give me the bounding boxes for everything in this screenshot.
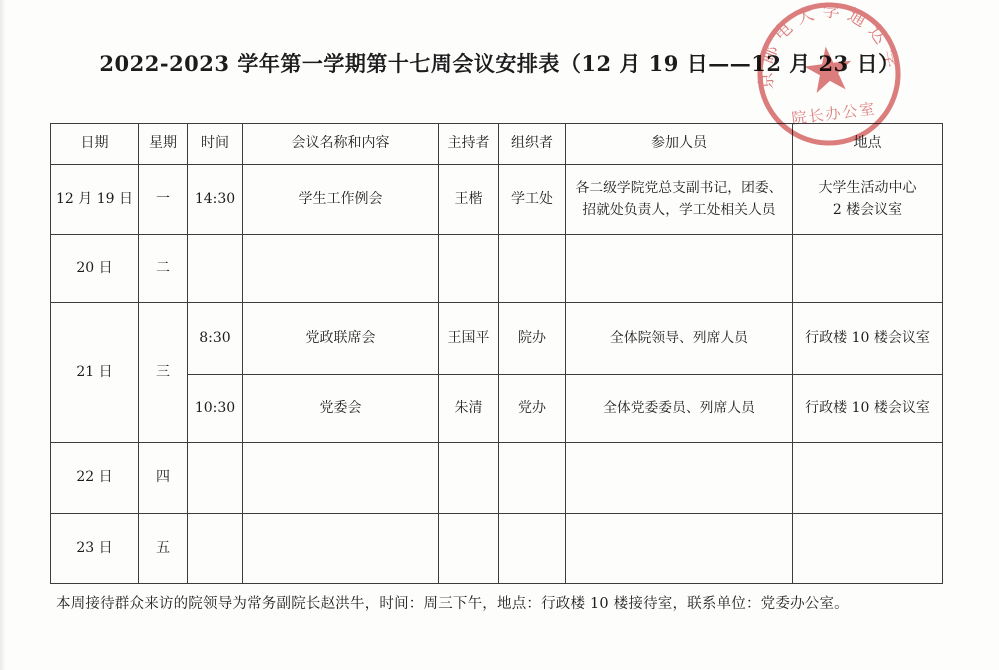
cell-location: 行政楼 10 楼会议室 (793, 375, 943, 443)
footer-note: 本周接待群众来访的院领导为常务副院长赵洪牛，时间：周三下午，地点：行政楼 10 … (56, 592, 976, 613)
cell-organizer: 学工处 (499, 165, 566, 235)
cell-time (188, 235, 243, 303)
cell-weekday: 五 (139, 514, 188, 584)
cell-meeting (243, 514, 439, 584)
scanned-document-page: { "page": { "title": "2022-2023 学年第一学期第十… (0, 0, 999, 670)
cell-host (439, 443, 499, 514)
col-header-participants: 参加人员 (566, 124, 793, 165)
cell-weekday: 三 (139, 303, 188, 443)
cell-weekday: 二 (139, 235, 188, 303)
cell-time: 8:30 (188, 303, 243, 375)
cell-weekday: 一 (139, 165, 188, 235)
cell-host (439, 235, 499, 303)
cell-date: 20 日 (51, 235, 139, 303)
cell-participants (566, 235, 793, 303)
cell-host: 王国平 (439, 303, 499, 375)
cell-weekday: 四 (139, 443, 188, 514)
col-header-host: 主持者 (439, 124, 499, 165)
scan-edge-shadow (0, 0, 6, 670)
cell-organizer: 党办 (499, 375, 566, 443)
cell-organizer (499, 235, 566, 303)
cell-participants (566, 514, 793, 584)
cell-host: 王楷 (439, 165, 499, 235)
cell-organizer (499, 514, 566, 584)
cell-time: 14:30 (188, 165, 243, 235)
cell-location (793, 235, 943, 303)
table-row: 20 日 二 (51, 235, 943, 303)
cell-location: 行政楼 10 楼会议室 (793, 303, 943, 375)
cell-location (793, 443, 943, 514)
cell-meeting (243, 235, 439, 303)
cell-organizer: 院办 (499, 303, 566, 375)
cell-date: 12 月 19 日 (51, 165, 139, 235)
col-header-organizer: 组织者 (499, 124, 566, 165)
cell-meeting (243, 443, 439, 514)
col-header-location: 地点 (793, 124, 943, 165)
cell-location: 大学生活动中心 2 楼会议室 (793, 165, 943, 235)
cell-meeting: 党政联席会 (243, 303, 439, 375)
cell-date: 22 日 (51, 443, 139, 514)
col-header-date: 日期 (51, 124, 139, 165)
table-row: 21 日 三 8:30 党政联席会 王国平 院办 全体院领导、列席人员 行政楼 … (51, 303, 943, 375)
meeting-schedule-table: 日期 星期 时间 会议名称和内容 主持者 组织者 参加人员 地点 12 月 19… (50, 123, 943, 584)
cell-host (439, 514, 499, 584)
col-header-weekday: 星期 (139, 124, 188, 165)
cell-time (188, 514, 243, 584)
table-header-row: 日期 星期 时间 会议名称和内容 主持者 组织者 参加人员 地点 (51, 124, 943, 165)
cell-participants (566, 443, 793, 514)
cell-participants: 全体院领导、列席人员 (566, 303, 793, 375)
cell-location (793, 514, 943, 584)
cell-time (188, 443, 243, 514)
cell-host: 朱清 (439, 375, 499, 443)
table-row: 12 月 19 日 一 14:30 学生工作例会 王楷 学工处 各二级学院党总支… (51, 165, 943, 235)
table-row: 22 日 四 (51, 443, 943, 514)
cell-organizer (499, 443, 566, 514)
table-row: 23 日 五 (51, 514, 943, 584)
cell-date: 23 日 (51, 514, 139, 584)
col-header-meeting: 会议名称和内容 (243, 124, 439, 165)
cell-date: 21 日 (51, 303, 139, 443)
cell-participants: 全体党委委员、列席人员 (566, 375, 793, 443)
cell-meeting: 党委会 (243, 375, 439, 443)
cell-time: 10:30 (188, 375, 243, 443)
page-title: 2022-2023 学年第一学期第十七周会议安排表（12 月 19 日——12 … (0, 48, 999, 78)
col-header-time: 时间 (188, 124, 243, 165)
cell-participants: 各二级学院党总支副书记，团委、招就处负责人，学工处相关人员 (566, 165, 793, 235)
cell-meeting: 学生工作例会 (243, 165, 439, 235)
